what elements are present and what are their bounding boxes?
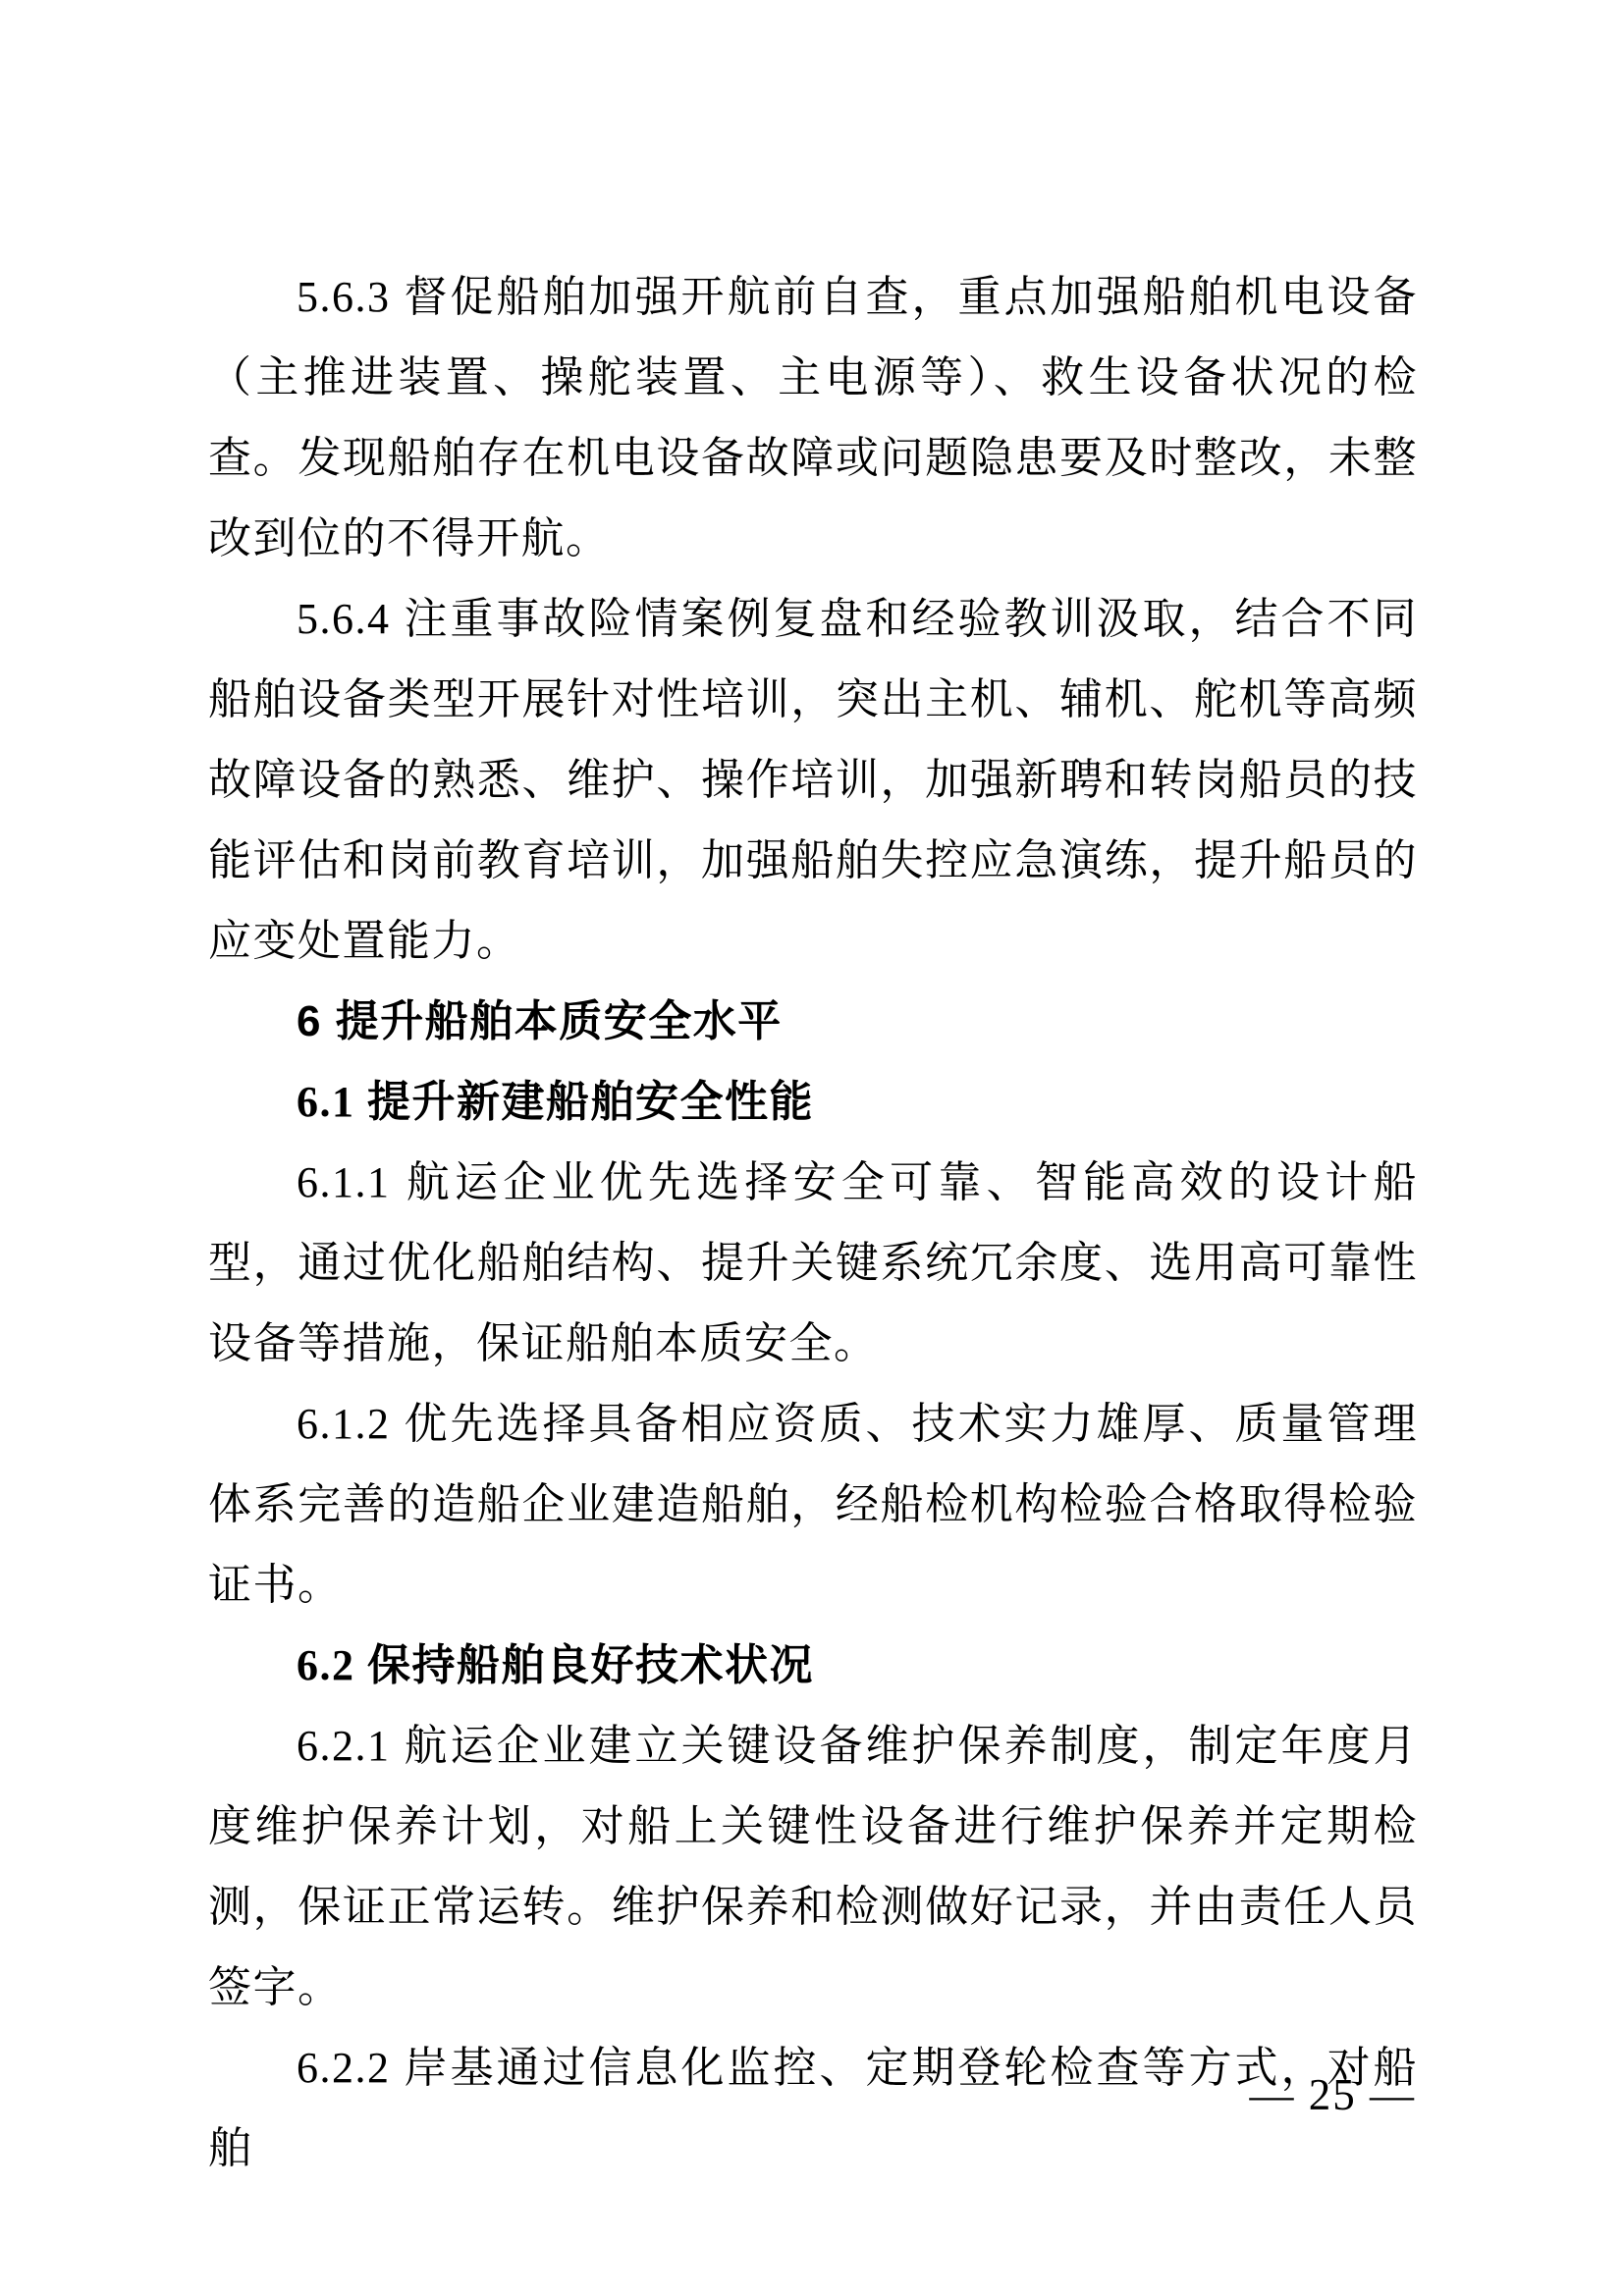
- document-page: 5.6.3 督促船舶加强开航前自查，重点加强船舶机电设备（主推进装置、操舵装置、…: [0, 0, 1624, 2296]
- paragraph-6-2-2: 6.2.2 岸基通过信息化监控、定期登轮检查等方式，对船舶: [208, 2028, 1418, 2189]
- paragraph-6-1-2: 6.1.2 优先选择具备相应资质、技术实力雄厚、质量管理体系完善的造船企业建造船…: [208, 1384, 1418, 1626]
- page-number: — 25 —: [1250, 2069, 1417, 2120]
- document-content: 5.6.3 督促船舶加强开航前自查，重点加强船舶机电设备（主推进装置、操舵装置、…: [208, 257, 1418, 2189]
- section-heading-6-1: 6.1 提升新建船舶安全性能: [208, 1062, 1418, 1143]
- paragraph-6-1-1: 6.1.1 航运企业优先选择安全可靠、智能高效的设计船型，通过优化船舶结构、提升…: [208, 1143, 1418, 1384]
- section-heading-6: 6 提升船舶本质安全水平: [208, 982, 1418, 1062]
- paragraph-5-6-4: 5.6.4 注重事故险情案例复盘和经验教训汲取，结合不同船舶设备类型开展针对性培…: [208, 579, 1418, 982]
- paragraph-5-6-3: 5.6.3 督促船舶加强开航前自查，重点加强船舶机电设备（主推进装置、操舵装置、…: [208, 257, 1418, 579]
- section-heading-6-2: 6.2 保持船舶良好技术状况: [208, 1626, 1418, 1706]
- paragraph-6-2-1: 6.2.1 航运企业建立关键设备维护保养制度，制定年度月度维护保养计划，对船上关…: [208, 1706, 1418, 2028]
